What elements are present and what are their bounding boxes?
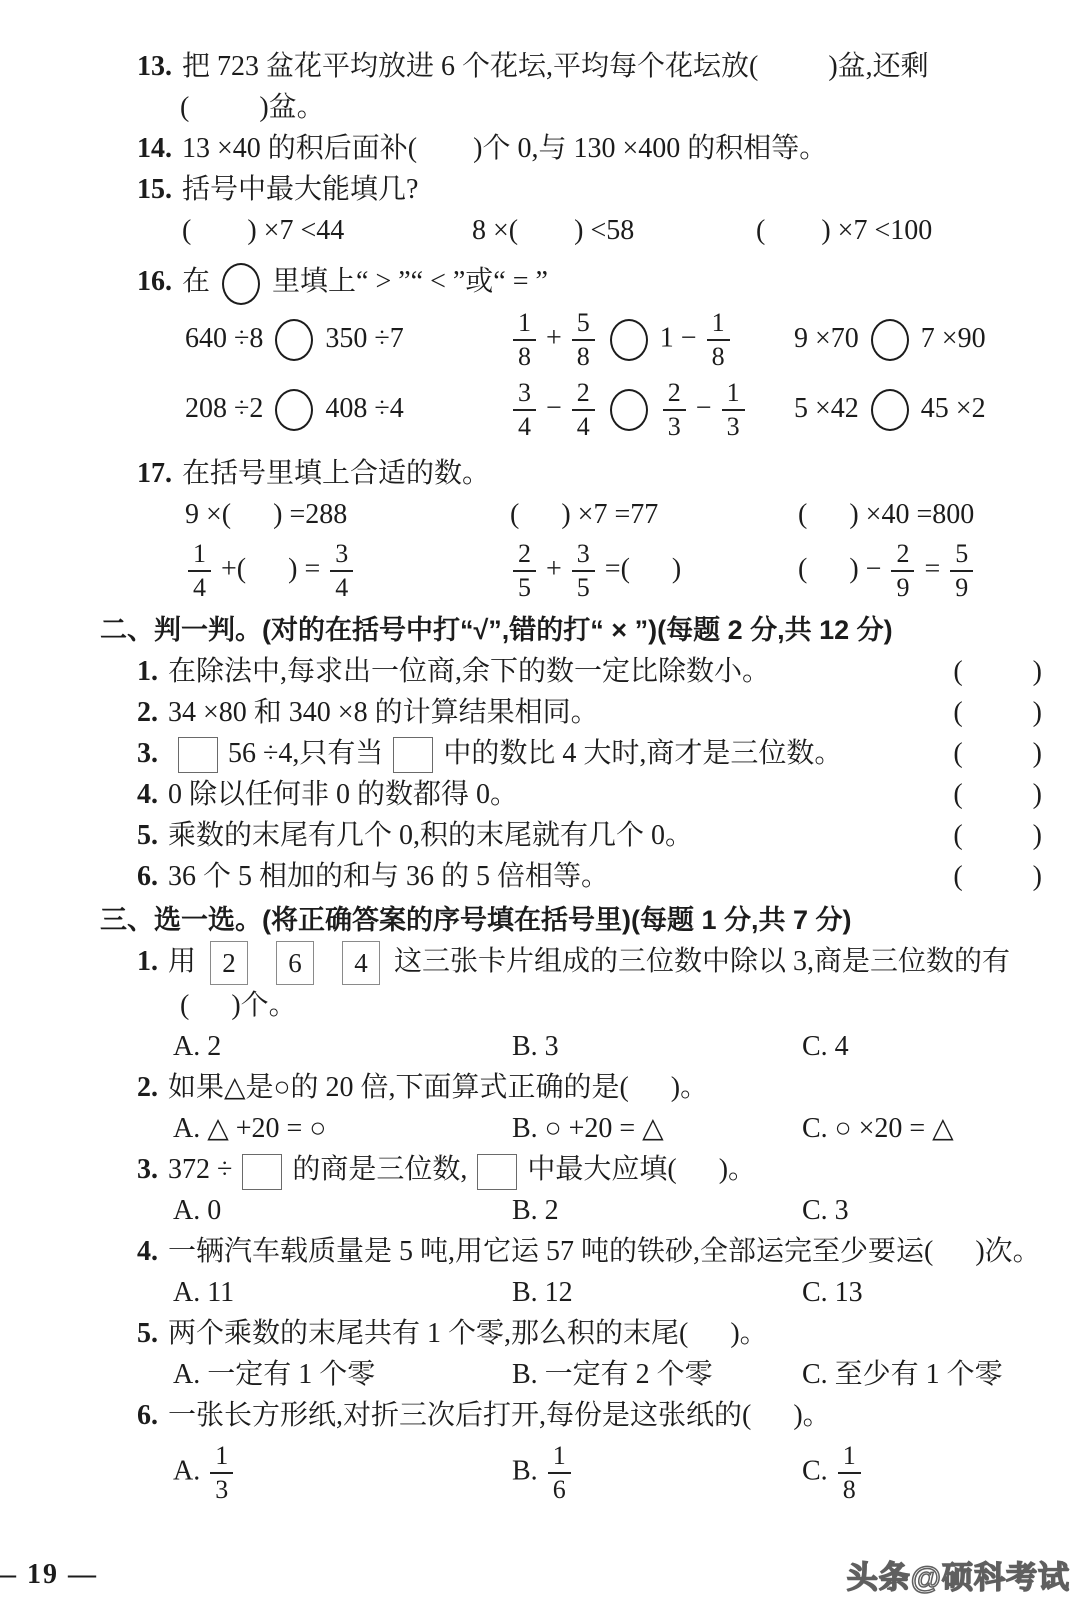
square-blank <box>242 1154 282 1190</box>
denominator: 8 <box>712 341 725 372</box>
question-13-line1: 13.把 723 盆花平均放进 6 个花坛,平均每个花坛放( )盆,还剩 <box>137 46 1080 87</box>
answer-parentheses: ( ) <box>953 692 1042 733</box>
question-text: 在里填上“ > ”“ < ”或“ = ” <box>182 266 548 297</box>
comparison-expression: 640 ÷8350 ÷7 <box>185 318 510 362</box>
equation: 14 +( ) = 34 <box>185 539 510 603</box>
math-text: 1 − <box>660 322 704 353</box>
choice-question-3-options: A. 0 B. 2 C. 3 <box>173 1190 1080 1231</box>
square-blank <box>178 737 218 773</box>
answer-parentheses: ( ) <box>953 733 1042 774</box>
question-16-row1: 640 ÷8350 ÷7 18 + 581 − 18 9 ×707 ×90 <box>185 305 1080 375</box>
math-text: 的商是三位数, <box>292 1154 467 1185</box>
denominator: 8 <box>577 341 590 372</box>
choice-question-5: 5.两个乘数的末尾共有 1 个零,那么积的末尾( )。 <box>137 1313 1080 1354</box>
item-text: 0 除以任何非 0 的数都得 0。 <box>168 779 518 810</box>
question-text: 把 723 盆花平均放进 6 个花坛,平均每个花坛放( )盆,还剩 <box>182 51 929 82</box>
denominator: 9 <box>896 572 909 603</box>
math-text: 中的数比 4 大时,商才是三位数。 <box>443 738 842 769</box>
numerator: 1 <box>188 539 211 572</box>
denominator: 4 <box>518 411 531 442</box>
option-a: A. 11 <box>173 1272 512 1313</box>
judge-item-6: 6.36 个 5 相加的和与 36 的 5 倍相等。 ( ) <box>137 856 1042 897</box>
fraction: 24 <box>572 378 595 442</box>
test-paper-page: 13.把 723 盆花平均放进 6 个花坛,平均每个花坛放( )盆,还剩 ( )… <box>0 0 1080 1613</box>
card-box: 2 <box>210 941 248 985</box>
card-box: 4 <box>342 941 380 985</box>
circle-blank <box>275 319 313 361</box>
answer-parentheses: ( ) <box>953 774 1042 815</box>
judge-text: 3.56 ÷4,只有当中的数比 4 大时,商才是三位数。 <box>137 733 842 774</box>
fraction: 14 <box>188 539 211 603</box>
math-text: 里填上“ > ”“ < ”或“ = ” <box>272 266 548 297</box>
choice-question-3: 3.372 ÷的商是三位数,中最大应填( )。 <box>137 1149 1080 1190</box>
choice-question-6: 6.一张长方形纸,对折三次后打开,每份是这张纸的( )。 <box>137 1395 1080 1436</box>
comparison-expression: 5 ×4245 ×2 <box>794 388 1080 432</box>
math-text: 56 ÷4,只有当 <box>228 738 383 769</box>
equation: ( ) − 29 = 59 <box>798 539 1080 603</box>
numerator: 2 <box>663 378 686 411</box>
item-number: 4. <box>137 1236 158 1267</box>
numerator: 3 <box>330 539 353 572</box>
math-text: +( ) = <box>214 553 327 584</box>
choice-question-6-options: A. 13 B. 16 C. 18 <box>173 1436 1080 1510</box>
answer-parentheses: ( ) <box>953 651 1042 692</box>
question-number: 14. <box>137 133 172 164</box>
option-a: A. △ +20 = ○ <box>173 1108 512 1149</box>
circle-blank <box>222 263 260 305</box>
question-text: ( )个。 <box>180 990 297 1021</box>
option-a: A. 一定有 1 个零 <box>173 1354 512 1395</box>
fraction: 18 <box>707 308 730 372</box>
judge-item-1: 1.在除法中,每求出一位商,余下的数一定比除数小。 ( ) <box>137 651 1042 692</box>
math-text: + <box>539 322 569 353</box>
math-text: − <box>539 392 569 423</box>
option-c: C. 至少有 1 个零 <box>802 1354 1080 1395</box>
circle-blank <box>275 389 313 431</box>
choice-question-1-line2: ( )个。 <box>180 985 1080 1026</box>
equation: 9 ×( ) =288 <box>185 494 510 535</box>
numerator: 1 <box>513 308 536 341</box>
math-text: 0 除以任何非 0 的数都得 0。 <box>168 779 518 810</box>
choice-question-5-options: A. 一定有 1 个零 B. 一定有 2 个零 C. 至少有 1 个零 <box>173 1354 1080 1395</box>
judge-item-3: 3.56 ÷4,只有当中的数比 4 大时,商才是三位数。 ( ) <box>137 733 1042 774</box>
math-text: A. <box>173 1456 207 1487</box>
denominator: 9 <box>955 572 968 603</box>
choice-question-2: 2.如果△是○的 20 倍,下面算式正确的是( )。 <box>137 1067 1080 1108</box>
item-number: 6. <box>137 1400 158 1431</box>
option-c: C. ○ ×20 = △ <box>802 1108 1080 1149</box>
math-text: =( ) <box>598 553 681 584</box>
question-text: 两个乘数的末尾共有 1 个零,那么积的末尾( )。 <box>168 1318 768 1349</box>
judge-item-5: 5.乘数的末尾有几个 0,积的末尾就有几个 0。 ( ) <box>137 815 1042 856</box>
item-text: 56 ÷4,只有当中的数比 4 大时,商才是三位数。 <box>168 738 842 769</box>
denominator: 4 <box>335 572 348 603</box>
comparison-expression: 208 ÷2408 ÷4 <box>185 388 510 432</box>
math-text: C. <box>802 1456 835 1487</box>
math-text: 中最大应填( )。 <box>527 1154 756 1185</box>
denominator: 4 <box>193 572 206 603</box>
numerator: 3 <box>572 539 595 572</box>
math-text: − <box>689 392 719 423</box>
fraction: 34 <box>513 378 536 442</box>
option-b: B. 12 <box>512 1272 802 1313</box>
question-16: 16.在里填上“ > ”“ < ”或“ = ” <box>137 261 1080 305</box>
math-text: 这三张卡片组成的三位数中除以 3,商是三位数的有 <box>394 946 1010 977</box>
paper-content: 13.把 723 盆花平均放进 6 个花坛,平均每个花坛放( )盆,还剩 ( )… <box>0 0 1080 1510</box>
fraction: 18 <box>513 308 536 372</box>
equation: ( ) ×7 =77 <box>510 494 798 535</box>
question-text: 用264这三张卡片组成的三位数中除以 3,商是三位数的有 <box>168 946 1010 977</box>
option-c: C. 4 <box>802 1026 1080 1067</box>
item-number: 5. <box>137 1318 158 1349</box>
denominator: 3 <box>668 411 681 442</box>
math-text: 5 ×42 <box>794 393 859 424</box>
numerator: 3 <box>513 378 536 411</box>
option-a: A. 0 <box>173 1190 512 1231</box>
denominator: 8 <box>843 1474 856 1505</box>
section-3-header: 三、选一选。(将正确答案的序号填在括号里)(每题 1 分,共 7 分) <box>100 899 1080 941</box>
numerator: 1 <box>722 378 745 411</box>
question-17-row2: 14 +( ) = 34 25 + 35 =( ) ( ) − 29 = 59 <box>185 535 1080 607</box>
fraction: 13 <box>210 1441 233 1505</box>
item-number: 5. <box>137 820 158 851</box>
circle-blank <box>871 389 909 431</box>
option-b: B. 16 <box>512 1441 802 1505</box>
denominator: 8 <box>518 341 531 372</box>
math-text: 乘数的末尾有几个 0,积的末尾就有几个 0。 <box>168 820 693 851</box>
question-16-row2: 208 ÷2408 ÷4 34 − 2423 − 13 5 ×4245 ×2 <box>185 375 1080 445</box>
watermark: 头条@硕科考试 <box>847 1552 1070 1597</box>
judge-item-2: 2.34 ×80 和 340 ×8 的计算结果相同。 ( ) <box>137 692 1042 733</box>
judge-text: 1.在除法中,每求出一位商,余下的数一定比除数小。 <box>137 651 770 692</box>
card-box: 6 <box>276 941 314 985</box>
denominator: 5 <box>518 572 531 603</box>
item-number: 2. <box>137 697 158 728</box>
numerator: 2 <box>513 539 536 572</box>
math-text: 208 ÷2 <box>185 393 263 424</box>
denominator: 6 <box>553 1474 566 1505</box>
expression: ( ) ×7 <44 <box>182 210 472 251</box>
option-a: A. 13 <box>173 1441 512 1505</box>
fraction: 16 <box>548 1441 571 1505</box>
choice-question-2-options: A. △ +20 = ○ B. ○ +20 = △ C. ○ ×20 = △ <box>173 1108 1080 1149</box>
item-number: 2. <box>137 1072 158 1103</box>
numerator: 1 <box>210 1441 233 1474</box>
choice-question-1-options: A. 2 B. 3 C. 4 <box>173 1026 1080 1067</box>
equation: ( ) ×40 =800 <box>798 494 1080 535</box>
comparison-expression: 34 − 2423 − 13 <box>510 378 794 442</box>
question-text: 13 ×40 的积后面补( )个 0,与 130 ×400 的积相等。 <box>182 133 827 164</box>
numerator: 1 <box>838 1441 861 1474</box>
square-blank <box>393 737 433 773</box>
expression: ( ) ×7 <100 <box>756 210 1080 251</box>
item-number: 4. <box>137 779 158 810</box>
fraction: 25 <box>513 539 536 603</box>
fraction: 13 <box>722 378 745 442</box>
question-text: 一辆汽车载质量是 5 吨,用它运 57 吨的铁砂,全部运完至少要运( )次。 <box>168 1236 1041 1267</box>
fraction: 35 <box>572 539 595 603</box>
math-text: 在除法中,每求出一位商,余下的数一定比除数小。 <box>168 656 770 687</box>
math-text: B. <box>512 1456 545 1487</box>
square-blank <box>477 1154 517 1190</box>
denominator: 4 <box>577 411 590 442</box>
math-text: 36 个 5 相加的和与 36 的 5 倍相等。 <box>168 861 609 892</box>
option-b: B. ○ +20 = △ <box>512 1108 802 1149</box>
choice-question-4-options: A. 11 B. 12 C. 13 <box>173 1272 1080 1313</box>
question-text: 372 ÷的商是三位数,中最大应填( )。 <box>168 1154 756 1185</box>
item-number: 1. <box>137 656 158 687</box>
numerator: 1 <box>548 1441 571 1474</box>
fraction: 58 <box>572 308 595 372</box>
item-text: 乘数的末尾有几个 0,积的末尾就有几个 0。 <box>168 820 693 851</box>
judge-text: 6.36 个 5 相加的和与 36 的 5 倍相等。 <box>137 856 609 897</box>
comparison-expression: 9 ×707 ×90 <box>794 318 1080 362</box>
numerator: 1 <box>707 308 730 341</box>
judge-item-4: 4.0 除以任何非 0 的数都得 0。 ( ) <box>137 774 1042 815</box>
question-number: 16. <box>137 266 172 297</box>
question-number: 15. <box>137 174 172 205</box>
math-text: ( ) − <box>798 553 888 584</box>
question-14: 14.13 ×40 的积后面补( )个 0,与 130 ×400 的积相等。 <box>137 128 1080 169</box>
math-text: 34 ×80 和 340 ×8 的计算结果相同。 <box>168 697 599 728</box>
option-c: C. 13 <box>802 1272 1080 1313</box>
numerator: 2 <box>572 378 595 411</box>
question-text: 如果△是○的 20 倍,下面算式正确的是( )。 <box>168 1072 708 1103</box>
math-text: + <box>539 553 569 584</box>
option-c: C. 18 <box>802 1441 1080 1505</box>
math-text: 9 ×70 <box>794 323 859 354</box>
math-text: 350 ÷7 <box>325 323 403 354</box>
question-15: 15.括号中最大能填几? <box>137 169 1080 210</box>
question-number: 17. <box>137 458 172 489</box>
fraction: 29 <box>891 539 914 603</box>
item-number: 3. <box>137 1154 158 1185</box>
math-text: = <box>917 553 947 584</box>
circle-blank <box>610 319 648 361</box>
item-number: 1. <box>137 946 158 977</box>
question-number: 13. <box>137 51 172 82</box>
question-text: ( )盆。 <box>180 92 325 123</box>
circle-blank <box>871 319 909 361</box>
question-17-row1: 9 ×( ) =288 ( ) ×7 =77 ( ) ×40 =800 <box>185 494 1080 535</box>
denominator: 3 <box>727 411 740 442</box>
math-text: 372 ÷ <box>168 1154 232 1185</box>
option-b: B. 一定有 2 个零 <box>512 1354 802 1395</box>
choice-question-1-line1: 1.用264这三张卡片组成的三位数中除以 3,商是三位数的有 <box>137 941 1080 986</box>
denominator: 5 <box>577 572 590 603</box>
fraction: 34 <box>330 539 353 603</box>
math-text: 45 ×2 <box>921 393 986 424</box>
comparison-expression: 18 + 581 − 18 <box>510 308 794 372</box>
math-text: 640 ÷8 <box>185 323 263 354</box>
question-15-expressions: ( ) ×7 <44 8 ×( ) <58 ( ) ×7 <100 <box>182 210 1080 251</box>
math-text: 用 <box>168 946 196 977</box>
option-c: C. 3 <box>802 1190 1080 1231</box>
math-text: 408 ÷4 <box>325 393 403 424</box>
math-text: 7 ×90 <box>921 323 986 354</box>
numerator: 5 <box>950 539 973 572</box>
option-b: B. 3 <box>512 1026 802 1067</box>
item-text: 34 ×80 和 340 ×8 的计算结果相同。 <box>168 697 599 728</box>
denominator: 3 <box>215 1474 228 1505</box>
item-text: 在除法中,每求出一位商,余下的数一定比除数小。 <box>168 656 770 687</box>
question-text: 括号中最大能填几? <box>182 174 418 205</box>
judge-text: 5.乘数的末尾有几个 0,积的末尾就有几个 0。 <box>137 815 693 856</box>
numerator: 5 <box>572 308 595 341</box>
question-text: 在括号里填上合适的数。 <box>182 458 490 489</box>
numerator: 2 <box>891 539 914 572</box>
circle-blank <box>610 389 648 431</box>
question-17: 17.在括号里填上合适的数。 <box>137 453 1080 494</box>
choice-question-4: 4.一辆汽车载质量是 5 吨,用它运 57 吨的铁砂,全部运完至少要运( )次。 <box>137 1231 1080 1272</box>
fraction: 23 <box>663 378 686 442</box>
option-b: B. 2 <box>512 1190 802 1231</box>
expression: 8 ×( ) <58 <box>472 210 756 251</box>
item-number: 6. <box>137 861 158 892</box>
math-text: 在 <box>182 266 210 297</box>
item-number: 3. <box>137 738 158 769</box>
item-text: 36 个 5 相加的和与 36 的 5 倍相等。 <box>168 861 609 892</box>
equation: 25 + 35 =( ) <box>510 539 798 603</box>
judge-text: 2.34 ×80 和 340 ×8 的计算结果相同。 <box>137 692 599 733</box>
question-13-line2: ( )盆。 <box>180 87 1080 128</box>
fraction: 18 <box>838 1441 861 1505</box>
judge-text: 4.0 除以任何非 0 的数都得 0。 <box>137 774 518 815</box>
section-2-header: 二、判一判。(对的在括号中打“√”,错的打“ × ”)(每题 2 分,共 12 … <box>100 609 1080 651</box>
page-number: — 19 — <box>0 1559 98 1591</box>
option-a: A. 2 <box>173 1026 512 1067</box>
question-text: 一张长方形纸,对折三次后打开,每份是这张纸的( )。 <box>168 1400 831 1431</box>
fraction: 59 <box>950 539 973 603</box>
answer-parentheses: ( ) <box>953 815 1042 856</box>
answer-parentheses: ( ) <box>953 856 1042 897</box>
